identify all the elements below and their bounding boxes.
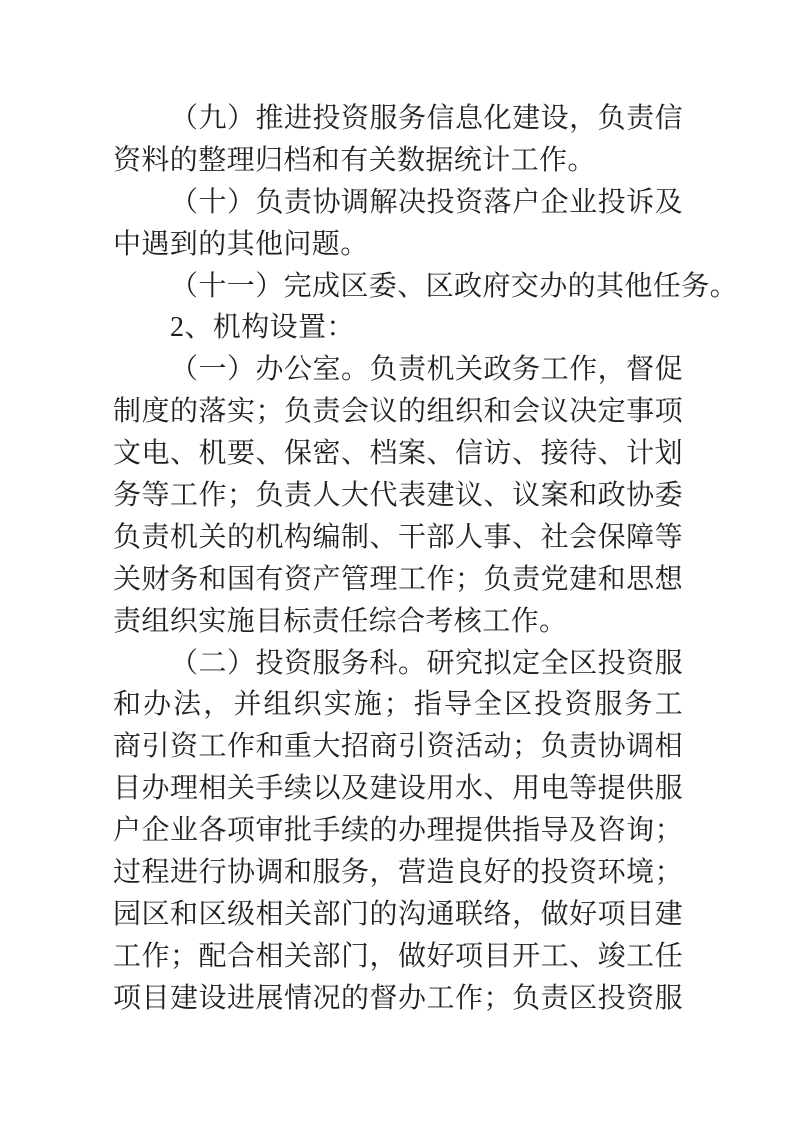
text-line: 项目建设进展情况的督办工作；负责区投资服务工作落实情 (113, 978, 683, 1020)
text-line: （十一）完成区委、区政府交办的其他任务。 (113, 266, 683, 308)
document-text-body: （九）推进投资服务信息化建设，负责信息化相关文档资料的整理归档和有关数据统计工作… (113, 98, 683, 1020)
text-line: 过程进行协调和服务，营造良好的投资环境；加强与街道、 (113, 852, 683, 894)
text-line: （二）投资服务科。研究拟定全区投资服务工作的规定 (113, 643, 683, 685)
text-line: 关财务和国有资产管理工作；负责党建和思想政治工作；负 (113, 559, 683, 601)
text-line: （九）推进投资服务信息化建设，负责信息化相关文档 (113, 98, 683, 140)
text-line: （十）负责协调解决投资落户企业投诉及项目建设过程 (113, 182, 683, 224)
text-line: 责组织实施目标责任综合考核工作。 (113, 601, 683, 643)
text-line: 2、机构设置： (113, 307, 683, 349)
document-page: （九）推进投资服务信息化建设，负责信息化相关文档资料的整理归档和有关数据统计工作… (0, 0, 793, 1122)
text-line: 资料的整理归档和有关数据统计工作。 (113, 140, 683, 182)
text-line: 商引资工作和重大招商引资活动；负责协调相关部门，为项 (113, 726, 683, 768)
text-line: 园区和区级相关部门的沟通联络，做好项目建设的环境保障 (113, 894, 683, 936)
text-line: 目办理相关手续以及建设用水、用电等提供服务；负责对落 (113, 768, 683, 810)
text-line: 户企业各项审批手续的办理提供指导及咨询；对项目建设全 (113, 810, 683, 852)
text-line: （一）办公室。负责机关政务工作，督促检查机关工作 (113, 349, 683, 391)
text-line: 务等工作；负责人大代表建议、议案和政协委员提案的办理； (113, 475, 683, 517)
text-line: 中遇到的其他问题。 (113, 224, 683, 266)
text-line: 和办法，并组织实施；指导全区投资服务工作；参与全区招 (113, 684, 683, 726)
text-line: 制度的落实；负责会议的组织和会议决定事项的督办；负责 (113, 391, 683, 433)
text-line: 文电、机要、保密、档案、信访、接待、计划生育及后勤服 (113, 433, 683, 475)
text-line: 负责机关的机构编制、干部人事、社会保障等工作；负责机 (113, 517, 683, 559)
text-line: 工作；配合相关部门，做好项目开工、竣工任务的落实以及 (113, 936, 683, 978)
